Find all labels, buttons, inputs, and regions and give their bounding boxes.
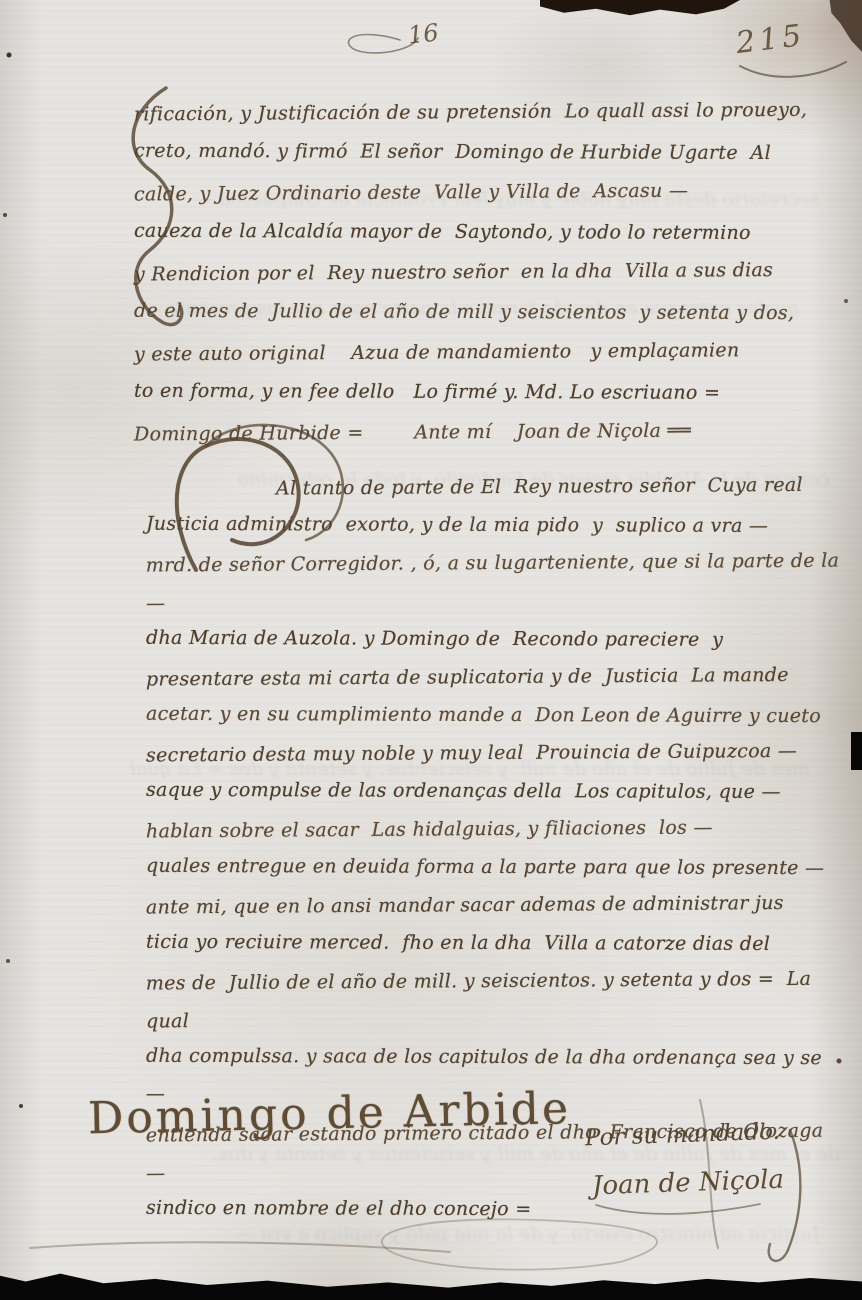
manuscript-line: creto, mandó. y firmó El señor Domingo d… [134,131,840,173]
edge-damage-right [851,732,862,770]
manuscript-line: Domingo de Hurbide = Ante mí Joan de Niç… [134,410,840,455]
folio-center-mark: 16 [407,18,440,49]
manuscript-line: caueza de la Alcaldía mayor de Saytondo,… [134,211,840,253]
manuscript-line: dha Maria de Auzola. y Domingo de Recond… [146,619,846,659]
manuscript-line: ante mi, que en lo ansi mandar sacar ade… [146,884,846,927]
manuscript-line: quales entregue en deuida forma a la par… [146,847,846,887]
manuscript-line: Justicia administro exorto, y de la mia … [146,505,846,545]
manuscript-line: rificación, y Justificación de su preten… [134,90,840,135]
manuscript-line: calde, y Juez Ordinario deste Valle y Vi… [134,170,840,215]
manuscript-scan: secretario desta muy noble y muy leal Pr… [0,0,862,1300]
manuscript-line: acetar. y en su cumplimiento mande a Don… [146,695,846,735]
manuscript-line: to en forma, y en fee dello Lo firmé y. … [134,371,840,413]
manuscript-line: de el mes de Jullio de el año de mill y … [134,291,840,333]
manuscript-line: Al tanto de parte de El Rey nuestro seño… [146,466,846,509]
ink-specks [0,0,2,2]
paragraph-auto: rificación, y Justificación de su preten… [134,92,840,452]
manuscript-line: mrd. de señor Corregidor. , ó, a su luga… [146,542,847,623]
manuscript-line: y este auto original Azua de mandamiento… [134,330,840,375]
manuscript-line: saque y compulse de las ordenanças della… [146,771,846,811]
manuscript-line: y Rendicion por el Rey nuestro señor en … [134,250,840,295]
manuscript-line: hablan sobre el sacar Las hidalguias, y … [146,808,846,851]
manuscript-line: presentare esta mi carta de suplicatoria… [146,656,846,699]
manuscript-line: mes de Jullio de el año de mill. y seisc… [146,960,847,1041]
manuscript-line: ticia yo reciuire merced. fho en la dha … [146,923,846,963]
signature-principal: Domingo de Arbide [88,1083,589,1144]
manuscript-line: secretario desta muy noble y muy leal Pr… [146,732,846,775]
